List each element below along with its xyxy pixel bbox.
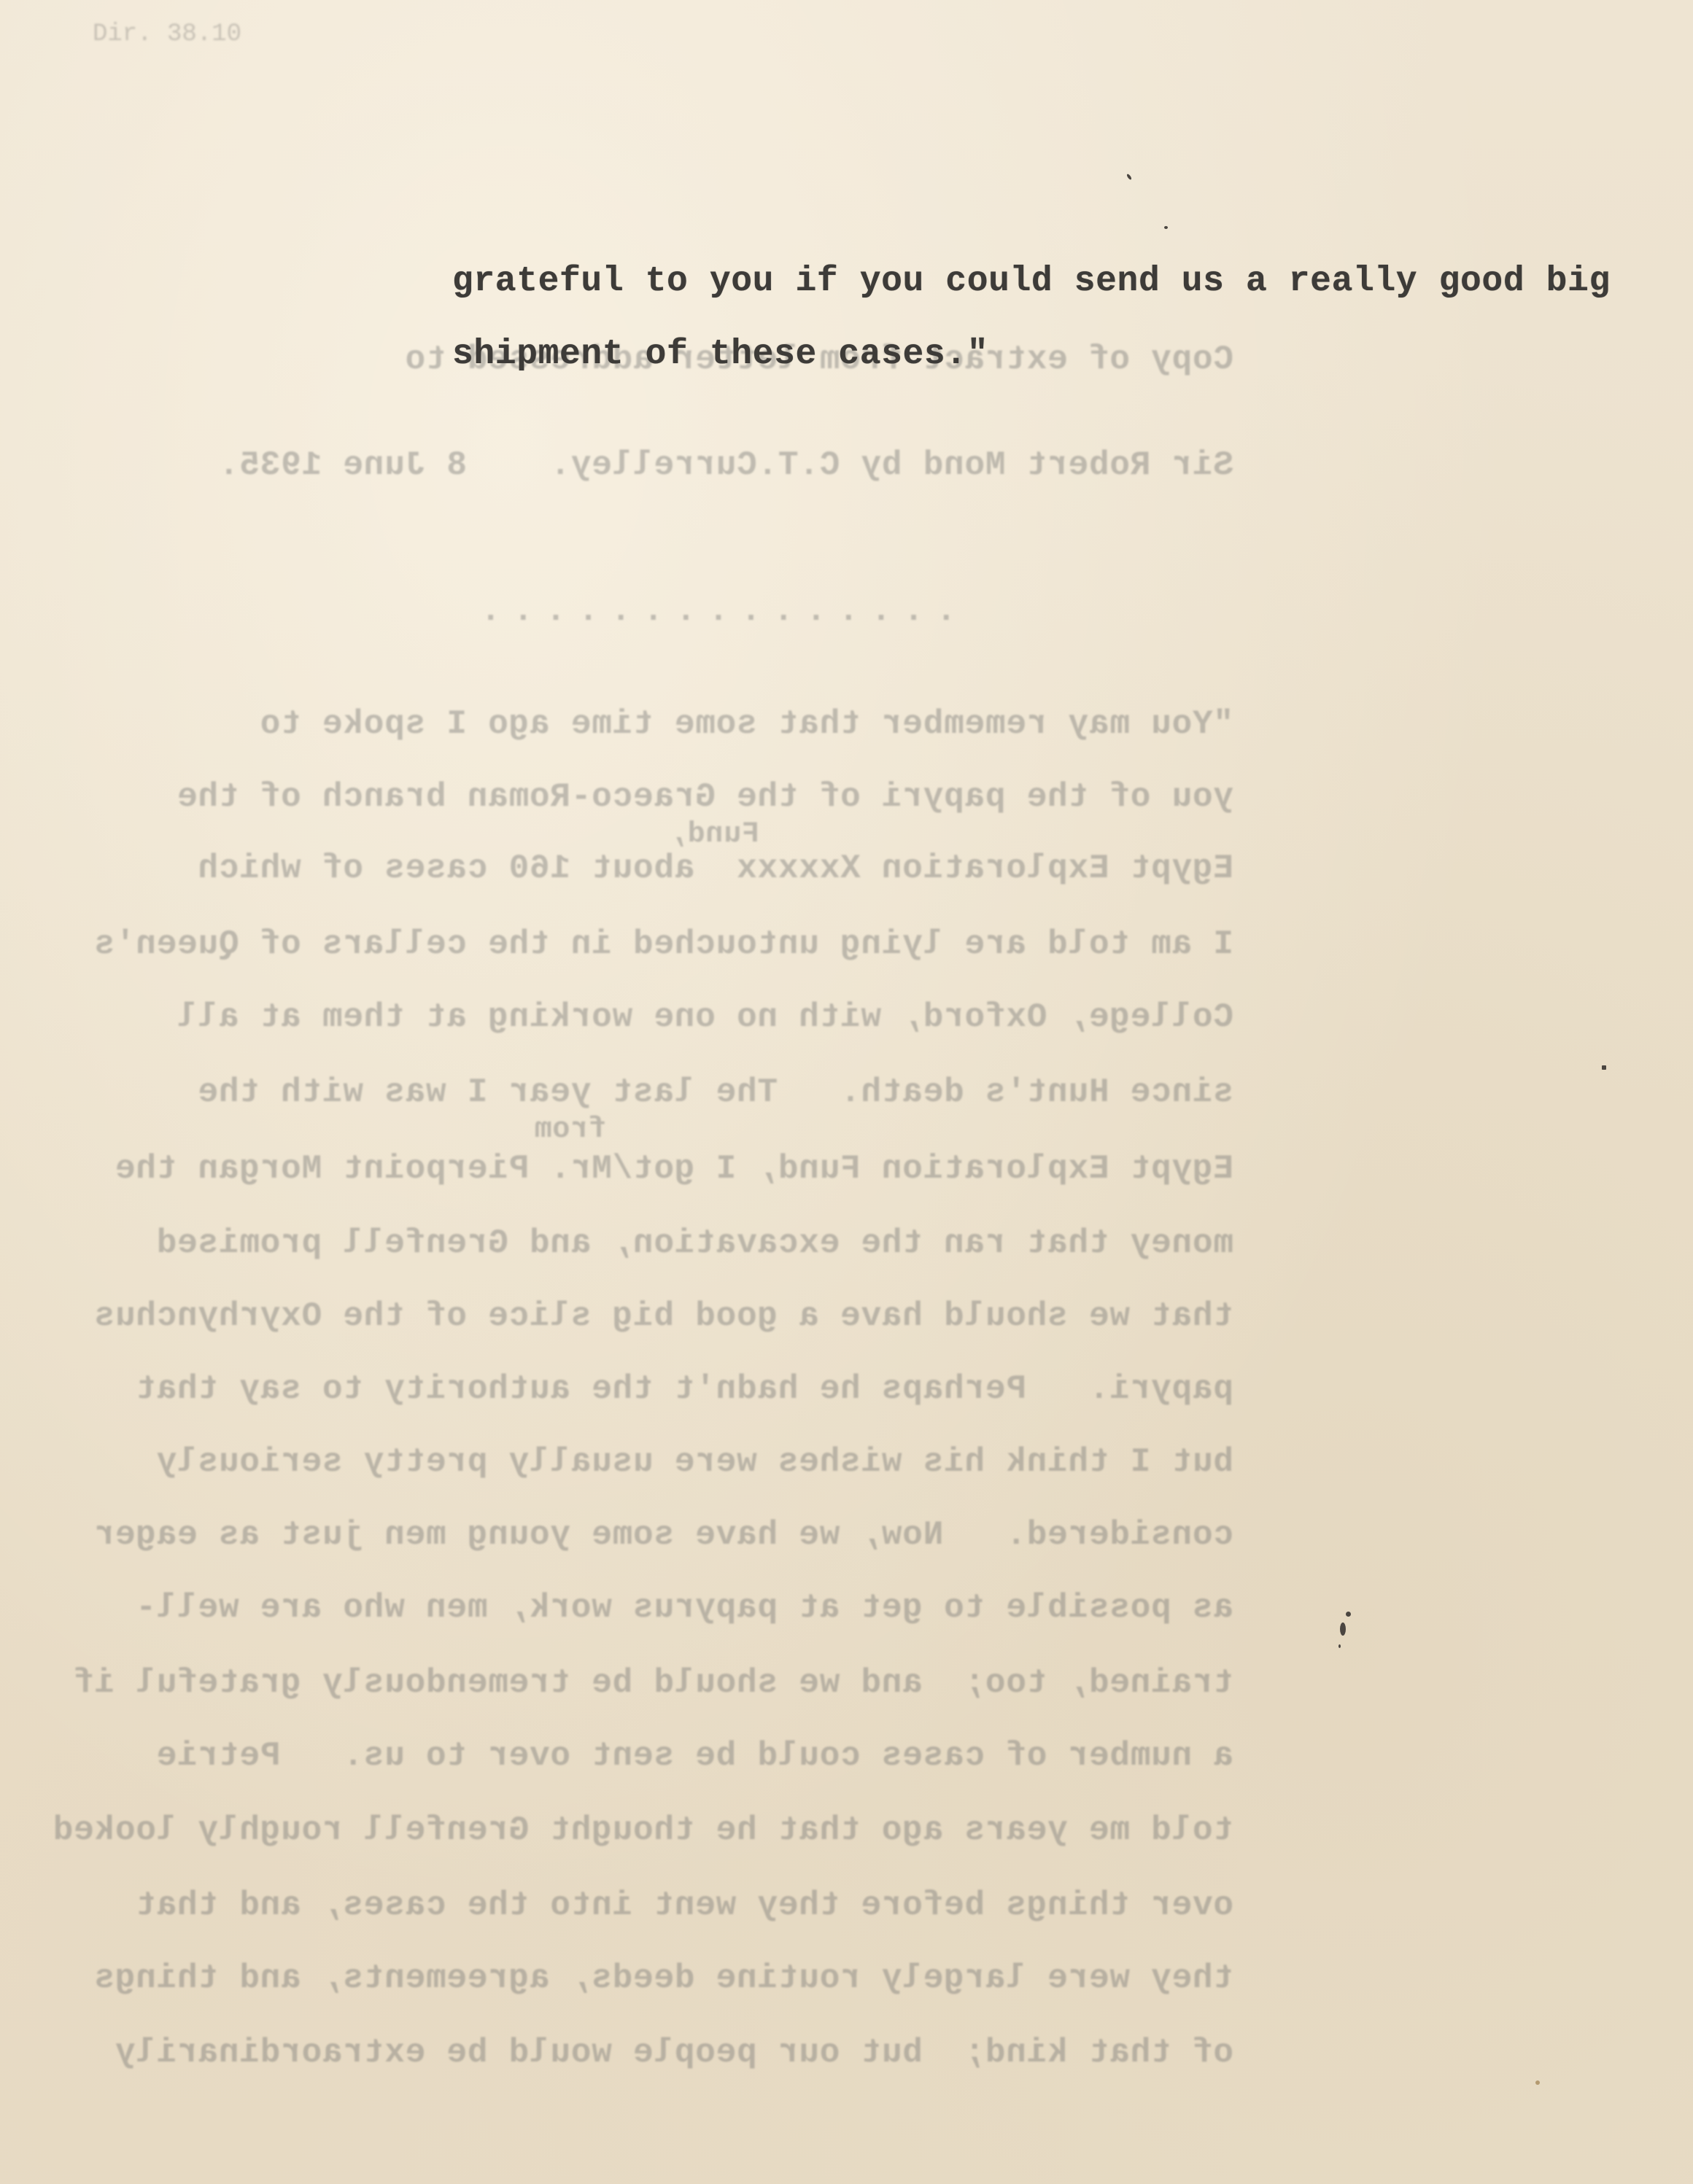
ink-blot [1340, 1623, 1346, 1636]
body-line: papyri. Perhaps he hadn't the authority … [136, 1372, 1233, 1406]
body-line: a number of cases could be sent over to … [156, 1739, 1233, 1773]
body-line: I am told are lying untouched in the cel… [94, 928, 1233, 961]
body-line: considered. Now, we have some young men … [94, 1518, 1233, 1552]
body-line: "You may remember that some time ago I s… [260, 707, 1233, 741]
body-line: of that kind; but our people would be ex… [115, 2036, 1233, 2070]
body-line: College, Oxford, with no one working at … [177, 1000, 1233, 1034]
typed-line-2: shipment of these cases." [452, 337, 988, 372]
body-line: since Hunt's death. The last year I was … [198, 1076, 1233, 1109]
show-through-layer: Dir. 38.10 Copy of extract from letter a… [0, 0, 1693, 2184]
interlinear-insertion: from [534, 1116, 606, 1145]
ink-blot [1346, 1612, 1351, 1617]
body-line: Egypt Exploration Fund, I got/Mr. Pierpo… [115, 1152, 1233, 1186]
paper-speck [1602, 1065, 1606, 1070]
body-line: over things before they went into the ca… [136, 1889, 1233, 1922]
document-page: Dir. 38.10 Copy of extract from letter a… [0, 0, 1693, 2184]
body-line: trained, too; and we should be tremendou… [73, 1666, 1233, 1700]
paper-speck [1164, 226, 1168, 229]
body-line: money that ran the excavation, and Grenf… [156, 1227, 1233, 1260]
body-line: you of the papyri of the Graeco-Roman br… [177, 780, 1233, 814]
body-line: Egypt Exploration Xxxxxx about 160 cases… [198, 852, 1233, 885]
interlinear-insertion: Fund, [669, 820, 759, 850]
body-line: told me years ago that he thought Grenfe… [53, 1814, 1233, 1847]
typed-line-1: grateful to you if you could send us a r… [452, 264, 1611, 299]
body-line: that we should have a good big slice of … [94, 1299, 1233, 1333]
heading-line-2: Sir Robert Mond by C.T.Currelley. 8 June… [218, 448, 1233, 482]
body-line: but I think his wishes were usually pret… [156, 1445, 1233, 1479]
body-line: they were largely routine deeds, agreeme… [94, 1962, 1233, 1995]
ink-blot [1338, 1644, 1341, 1648]
separator-dots: ............... [468, 594, 956, 628]
paper-speck [1535, 2080, 1540, 2085]
body-line: as possible to get at papyrus work, men … [136, 1591, 1233, 1625]
corner-reference-mark: Dir. 38.10 [93, 20, 241, 48]
